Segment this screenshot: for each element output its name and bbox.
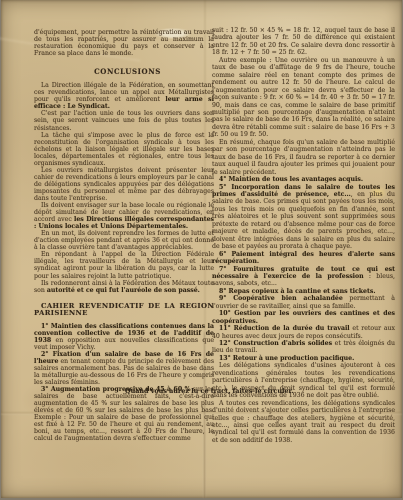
conclusions-paragraph: Ils doivent envisager sur la base locale… [34, 202, 214, 230]
cahier-item-9: 9° Coopérative bien achalandée permettan… [212, 295, 395, 310]
circulate-note: Quand vous aurez lu ce tract, faites-le … [125, 387, 293, 395]
intro-paragraph: d'équipement, pour permettre la réintégr… [34, 29, 214, 57]
conclusions-paragraph: Ils redonneront ainsi à la Fédération de… [34, 280, 214, 294]
summary-paragraph: En résumé, chaque fois qu'un salaire de … [212, 139, 395, 176]
paper-sheet: d'équipement, pour permettre la réintégr… [1, 0, 402, 498]
example-paragraph: Autre exemple : Une ouvrière ou un manœu… [212, 57, 395, 139]
cahier-item-5: 5° Incorporation dans le salaire de tout… [212, 184, 395, 251]
scanned-leaflet: { "scan": { "paper_color": "#cfb992", "i… [0, 0, 403, 500]
cahier-item-10: 10° Gestion par les ouvriers des cantine… [212, 310, 395, 325]
cahier-item-7: 7° Fournitures gratuite de tout ce qui e… [212, 266, 395, 288]
conclusions-heading: CONCLUSIONS [34, 68, 214, 75]
conclusions-paragraph: La tâche qui s'impose avec le plus de fo… [34, 132, 214, 167]
cahier-item-1: 1° Maintien des classifications contenue… [34, 323, 214, 351]
closing-paragraph: A toutes ces revendications, les délégat… [212, 400, 395, 445]
cahier-item-6: 6° Paiement intégral des heures d'alerte… [212, 251, 395, 266]
conclusions-paragraph: La Direction illégale de la Fédération, … [34, 82, 214, 110]
left-column: d'équipement, pour permettre la réintégr… [34, 29, 214, 443]
cahier-item-11: 11° Réduction de la durée du travail et … [212, 325, 395, 340]
right-column: suit : 12 fr. 50 × 45 % = 18 fr. 12, auq… [212, 27, 395, 444]
cahier-item-2: 2° Fixation d'un salaire de base de 16 F… [34, 351, 214, 386]
conclusions-paragraph: En répondant à l'appel de la Direction F… [34, 251, 214, 279]
cahier-item-12: 12° Construction d'abris solides et très… [212, 340, 395, 355]
conclusions-paragraph: C'est par l'action unie de tous les ouvr… [34, 110, 214, 131]
conclusions-paragraph: En un mot, ils doivent reprendre les for… [34, 230, 214, 251]
cahier-heading: CAHIER REVENDICATIF DE LA REGION PARISIE… [34, 303, 214, 317]
cahier-item-4: 4° Maintien de tous les avantages acquis… [212, 176, 395, 183]
conclusions-paragraph: Les ouvriers métallurgistes doivent prés… [34, 167, 214, 202]
continuation-paragraph: suit : 12 fr. 50 × 45 % = 18 fr. 12, auq… [212, 27, 395, 57]
